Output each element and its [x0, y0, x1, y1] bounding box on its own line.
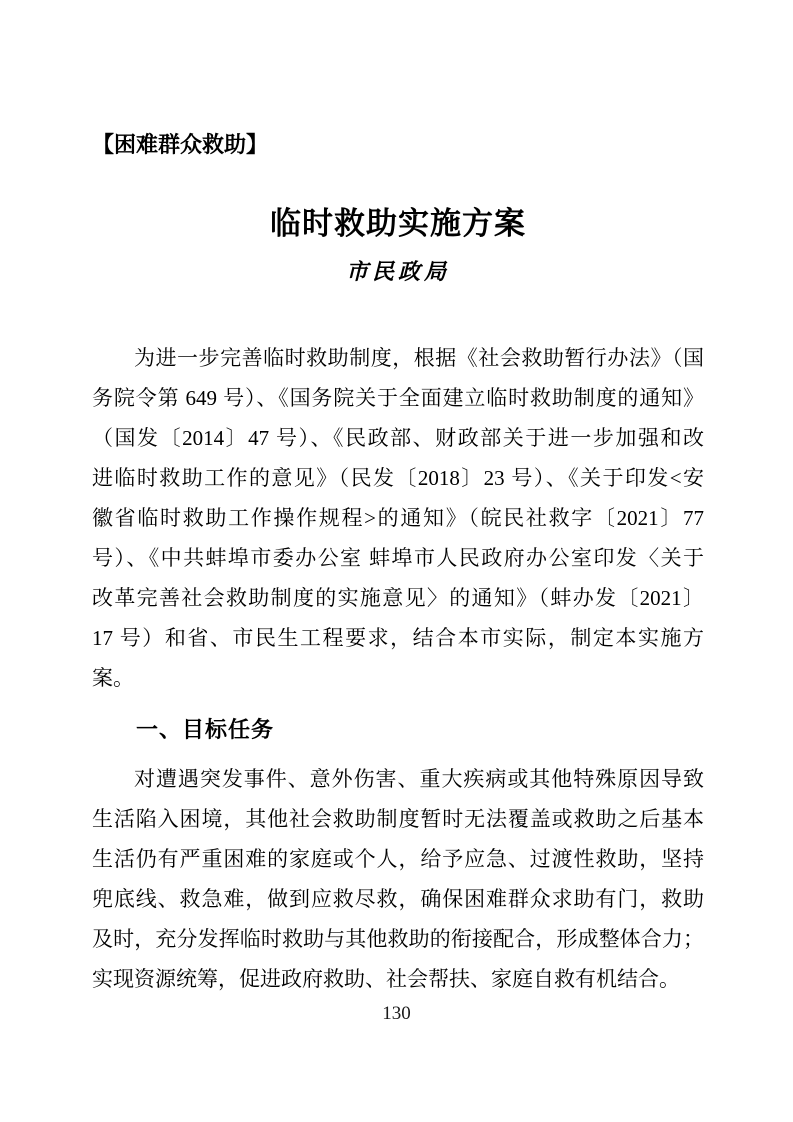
document-page: 【困难群众救助】 临时救助实施方案 市民政局 为进一步完善临时救助制度，根据《社…	[0, 0, 793, 1122]
text-line: 兜底线、救急难，做到应救尽救，确保困难群众求助有门，救助	[92, 879, 704, 919]
text-line: 17 号）和省、市民生工程要求，结合本市实际，制定本实施方	[92, 618, 704, 658]
text-line: （国发〔2014〕47 号）、《民政部、财政部关于进一步加强和改	[92, 418, 704, 458]
page-number: 130	[0, 1003, 793, 1025]
paragraph-goals: 对遭遇突发事件、意外伤害、重大疾病或其他特殊原因导致生活陷入困境，其他社会救助制…	[92, 759, 704, 999]
text-line: 及时，充分发挥临时救助与其他救助的衔接配合，形成整体合力；	[92, 919, 704, 959]
text-line: 改革完善社会救助制度的实施意见〉的通知》（蚌办发〔2021〕	[92, 578, 704, 618]
section-label: 【困难群众救助】	[92, 130, 704, 160]
text-line: 号）、《中共蚌埠市委办公室 蚌埠市人民政府办公室印发〈关于	[92, 538, 704, 578]
text-line: 对遭遇突发事件、意外伤害、重大疾病或其他特殊原因导致	[92, 759, 704, 799]
text-line: 为进一步完善临时救助制度，根据《社会救助暂行办法》（国	[92, 338, 704, 378]
text-line: 生活陷入困境，其他社会救助制度暂时无法覆盖或救助之后基本	[92, 799, 704, 839]
text-line: 务院令第 649 号）、《国务院关于全面建立临时救助制度的通知》	[92, 378, 704, 418]
document-body: 为进一步完善临时救助制度，根据《社会救助暂行办法》（国务院令第 649 号）、《…	[92, 338, 704, 999]
section-heading-goals: 一、目标任务	[92, 710, 704, 750]
paragraph-intro: 为进一步完善临时救助制度，根据《社会救助暂行办法》（国务院令第 649 号）、《…	[92, 338, 704, 698]
text-line: 进临时救助工作的意见》（民发〔2018〕23 号）、《关于印发<安	[92, 458, 704, 498]
document-author: 市民政局	[92, 257, 704, 287]
text-line: 案。	[92, 658, 704, 698]
text-line: 实现资源统筹，促进政府救助、社会帮扶、家庭自救有机结合。	[92, 959, 704, 999]
text-line: 生活仍有严重困难的家庭或个人，给予应急、过渡性救助，坚持	[92, 839, 704, 879]
document-title: 临时救助实施方案	[92, 205, 704, 243]
text-line: 徽省临时救助工作操作规程>的通知》（皖民社救字〔2021〕77	[92, 498, 704, 538]
